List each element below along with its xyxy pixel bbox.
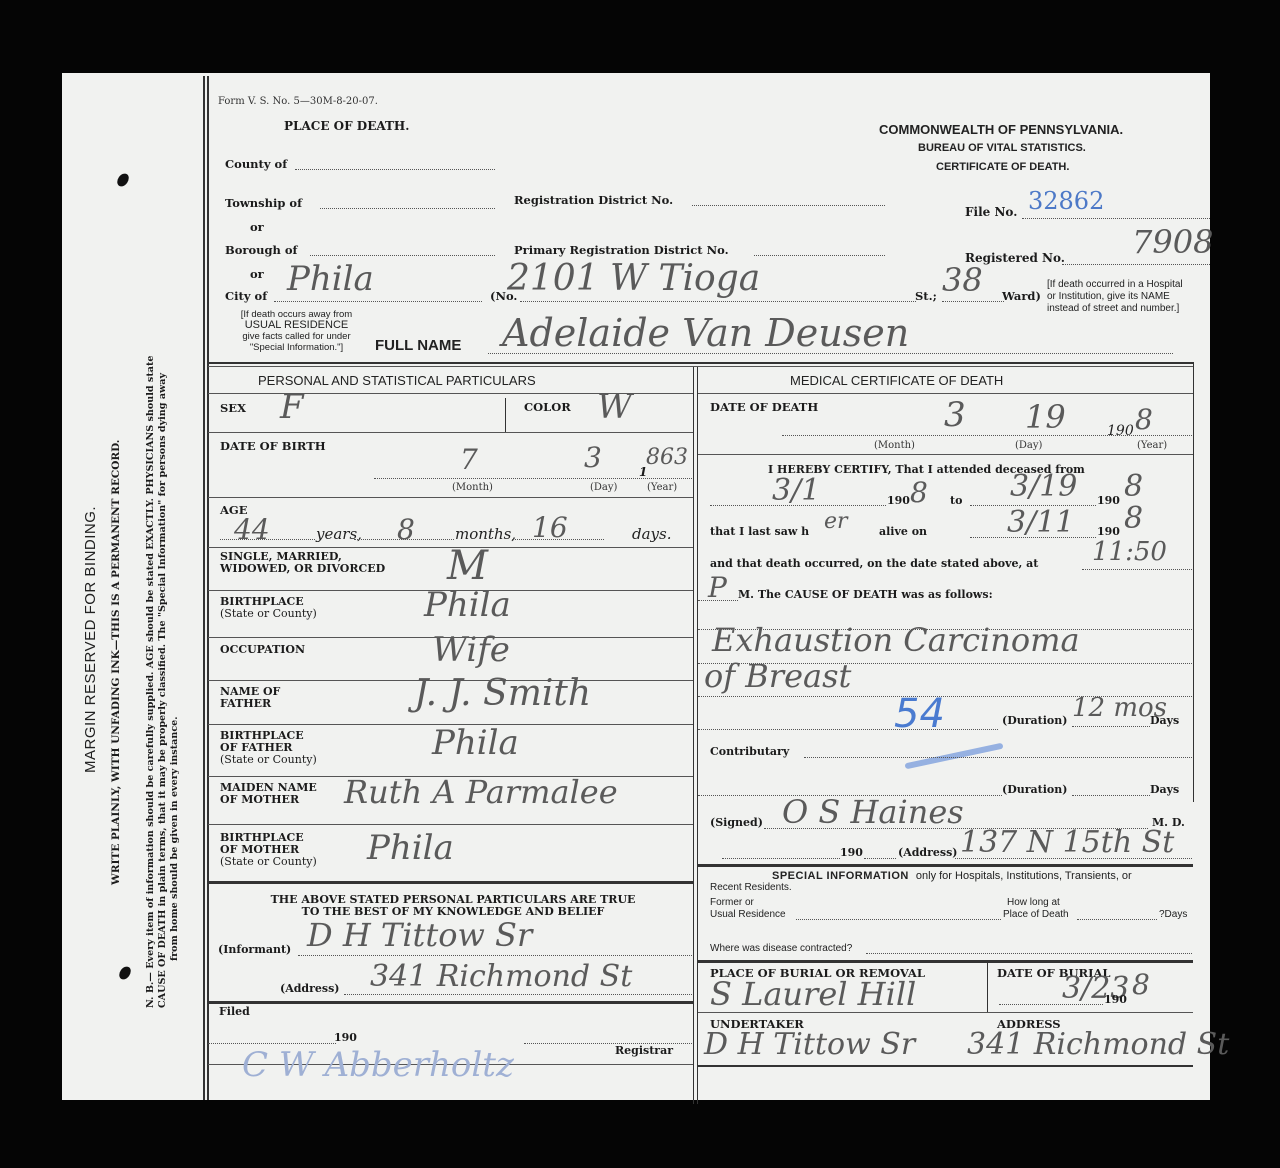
attended-from-year-prefix: 190 [887, 494, 910, 507]
color-label: COLOR [524, 400, 571, 414]
marital-value: M [447, 543, 488, 589]
file-number: 32862 [1028, 187, 1104, 215]
father-birthplace-label: BIRTHPLACE OF FATHER (State or County) [220, 730, 317, 766]
physician-signature: O S Haines [782, 793, 964, 831]
certificate-heading: CERTIFICATE OF DEATH. [936, 161, 1069, 173]
death-month: 3 [944, 395, 966, 435]
mother-birthplace-value: Phila [367, 828, 454, 868]
alive-on-text: alive on [879, 525, 927, 538]
last-saw-date: 3/11 [1007, 505, 1074, 540]
cause-line-1: Exhaustion Carcinoma [712, 621, 1080, 659]
informant-statement: THE ABOVE STATED PERSONAL PARTICULARS AR… [220, 894, 686, 918]
registration-district-field[interactable] [692, 205, 885, 206]
last-saw-year: 8 [1124, 501, 1143, 536]
how-long-field[interactable] [1077, 919, 1157, 920]
physician-address-label: (Address) [898, 846, 958, 859]
township-label: Township of [225, 196, 302, 210]
punch-hole-bottom [117, 964, 133, 981]
signed-year-prefix: 190 [840, 846, 863, 859]
birthplace-value: Phila [424, 585, 511, 625]
disease-contracted-label: Where was disease contracted? [710, 943, 852, 954]
age-years: 44 [234, 513, 270, 546]
full-name-value: Adelaide Van Deusen [502, 311, 909, 355]
dob-day: 3 [584, 441, 602, 474]
dob-month-label: (Month) [452, 482, 493, 493]
informant-field[interactable] [298, 955, 692, 956]
registered-number: 7908 [1132, 223, 1213, 261]
code-underline [904, 743, 1003, 770]
contributary-label: Contributary [710, 745, 789, 758]
city-value: Phila [287, 259, 374, 299]
burial-year-prefix: 190 [1104, 993, 1127, 1006]
residence-note: [If death occurs away from USUAL RESIDEN… [224, 309, 369, 353]
cause-code: 54 [894, 691, 945, 737]
cause-field[interactable] [698, 729, 998, 730]
occupation-value: Wife [432, 630, 510, 670]
punch-hole-top [115, 171, 131, 188]
death-day: 19 [1025, 398, 1066, 436]
street-field[interactable] [520, 301, 916, 302]
years-label: years, [316, 525, 362, 543]
st-label: St.; [915, 289, 937, 303]
county-field[interactable] [295, 169, 495, 170]
death-year: 8 [1135, 403, 1153, 436]
filed-date-field[interactable] [208, 1043, 336, 1044]
sex-value: F [280, 387, 304, 427]
burial-year: 8 [1132, 968, 1150, 1001]
mother-birthplace-label: BIRTHPLACE OF MOTHER (State or County) [220, 832, 317, 868]
father-birthplace-value: Phila [432, 723, 519, 763]
filed-label: Filed [219, 1005, 250, 1018]
filed-year-prefix: 190 [334, 1031, 357, 1044]
borough-label: Borough of [225, 243, 298, 257]
duration-label: (Duration) [1002, 714, 1067, 727]
margin-write-plainly: WRITE PLAINLY, WITH UNFADING INK—THIS IS… [110, 440, 122, 885]
age-days: 16 [532, 511, 568, 544]
attended-to-year: 8 [1124, 469, 1143, 504]
file-no-label: File No. [965, 205, 1017, 219]
informant-address-field[interactable] [344, 994, 692, 995]
how-long-label-1: How long at [1007, 897, 1060, 908]
date-of-death-label: DATE OF DEATH [710, 400, 818, 414]
special-info-title-cont: Recent Residents. [710, 882, 792, 893]
former-residence-label-2: Usual Residence [710, 909, 786, 920]
special-info-title: SPECIAL INFORMATION only for Hospitals, … [772, 870, 1132, 882]
dob-month: 7 [460, 443, 478, 476]
medical-certificate-title: MEDICAL CERTIFICATE OF DEATH [790, 373, 1003, 388]
how-long-label-2: Place of Death [1003, 909, 1069, 920]
burial-place-value: S Laurel Hill [710, 975, 916, 1013]
informant-address-value: 341 Richmond St [370, 959, 632, 994]
city-field[interactable] [274, 301, 482, 302]
informant-address-label: (Address) [280, 982, 340, 995]
township-field[interactable] [320, 208, 495, 209]
marital-label: SINGLE, MARRIED, WIDOWED, OR DIVORCED [220, 551, 385, 575]
signed-date-field[interactable] [722, 858, 840, 859]
form-number: Form V. S. No. 5—30M-8-20-07. [218, 96, 378, 107]
former-residence-label-1: Former or [710, 897, 754, 908]
dob-year-label: (Year) [647, 482, 677, 493]
contributary-duration-label: (Duration) [1002, 783, 1067, 796]
attended-from-value: 3/1 [772, 473, 820, 508]
death-year-label: (Year) [1137, 440, 1167, 451]
personal-particulars-title: PERSONAL AND STATISTICAL PARTICULARS [258, 373, 536, 388]
last-saw-text: that I last saw h [710, 525, 809, 538]
informant-value: D H Tittow Sr [307, 916, 532, 954]
or-label-1: or [250, 220, 264, 234]
place-of-death-heading: PLACE OF DEATH. [284, 119, 409, 133]
undertaker-address-value: 341 Richmond St [967, 1027, 1229, 1062]
primary-registration-field[interactable] [754, 255, 885, 256]
occupation-label: OCCUPATION [220, 643, 305, 656]
attended-from-year: 8 [910, 476, 928, 509]
days-label: days. [632, 525, 672, 543]
color-value: W [597, 387, 632, 427]
full-name-label: FULL NAME [375, 337, 461, 354]
cause-of-death-text: M. The CAUSE OF DEATH was as follows: [738, 588, 993, 601]
mother-maiden-name-label: MAIDEN NAME OF MOTHER [220, 782, 317, 806]
former-residence-field[interactable] [796, 919, 1001, 920]
physician-address: 137 N 15th St [960, 825, 1174, 860]
county-label: County of [225, 157, 287, 171]
margin-nb-line2: CAUSE OF DEATH in plain terms, that it m… [157, 373, 168, 1008]
death-day-label: (Day) [1015, 440, 1042, 451]
city-label: City of [225, 289, 267, 303]
contributary-duration-field[interactable] [1072, 795, 1150, 796]
hospital-note: [If death occurred in a Hospital or Inst… [1047, 279, 1187, 315]
meridian-value: P [708, 571, 727, 604]
ward-value: 38 [942, 261, 983, 299]
borough-field[interactable] [310, 255, 495, 256]
margin-rule-outer [203, 76, 205, 1100]
father-name-value: J. J. Smith [414, 673, 591, 714]
disease-contracted-field[interactable] [866, 953, 1192, 954]
attended-to-year-prefix: 190 [1097, 494, 1120, 507]
birthplace-label: BIRTHPLACE (State or County) [220, 596, 317, 620]
registrar-label: Registrar [615, 1044, 673, 1057]
duration-days-label: Days [1150, 714, 1179, 727]
last-saw-pronoun: er [824, 509, 848, 534]
months-label: months, [455, 525, 516, 543]
death-occurred-text: and that death occurred, on the date sta… [710, 557, 1038, 570]
mother-maiden-name-value: Ruth A Parmalee [344, 773, 618, 811]
death-time: 11:50 [1092, 537, 1167, 567]
age-months: 8 [397, 513, 415, 546]
contributary-field[interactable] [804, 757, 1192, 758]
bureau-heading: BUREAU OF VITAL STATISTICS. [918, 142, 1086, 154]
how-long-days: ?Days [1159, 909, 1187, 920]
dob-year: 863 [646, 445, 688, 470]
ward-field[interactable] [942, 301, 1004, 302]
death-certificate: MARGIN RESERVED FOR BINDING. WRITE PLAIN… [62, 73, 1210, 1100]
informant-label: (Informant) [218, 943, 291, 956]
margin-rule-inner [207, 76, 209, 1100]
registration-district-label: Registration District No. [514, 193, 673, 207]
dob-label: DATE OF BIRTH [220, 439, 326, 453]
margin-nb-line3: from home should be given in every insta… [169, 716, 180, 961]
margin-binding-label: MARGIN RESERVED FOR BINDING. [82, 506, 99, 773]
death-month-label: (Month) [874, 440, 915, 451]
margin-nb-line1: N. B.— Every item of information should … [145, 355, 156, 1008]
to-label: to [950, 494, 962, 507]
registrar-signature: C W Abberholtz [242, 1045, 514, 1085]
contributary-days-label: Days [1150, 783, 1179, 796]
or-label-2: or [250, 267, 264, 281]
commonwealth-heading: COMMONWEALTH OF PENNSYLVANIA. [879, 122, 1123, 137]
sex-label: SEX [220, 401, 246, 415]
duration-field[interactable] [1072, 726, 1150, 727]
cause-line-2: of Breast [704, 657, 851, 695]
attended-to-value: 3/19 [1010, 469, 1077, 504]
dob-day-label: (Day) [590, 482, 617, 493]
undertaker-value: D H Tittow Sr [704, 1027, 915, 1062]
ward-label: Ward) [1002, 289, 1041, 303]
street-value: 2101 W Tioga [507, 258, 760, 299]
signed-label: (Signed) [710, 816, 763, 829]
death-year-prefix: 190 [1107, 423, 1134, 439]
father-name-label: NAME OF FATHER [220, 686, 280, 710]
primary-registration-label: Primary Registration District No. [514, 243, 729, 257]
death-time-field[interactable] [1082, 569, 1192, 570]
